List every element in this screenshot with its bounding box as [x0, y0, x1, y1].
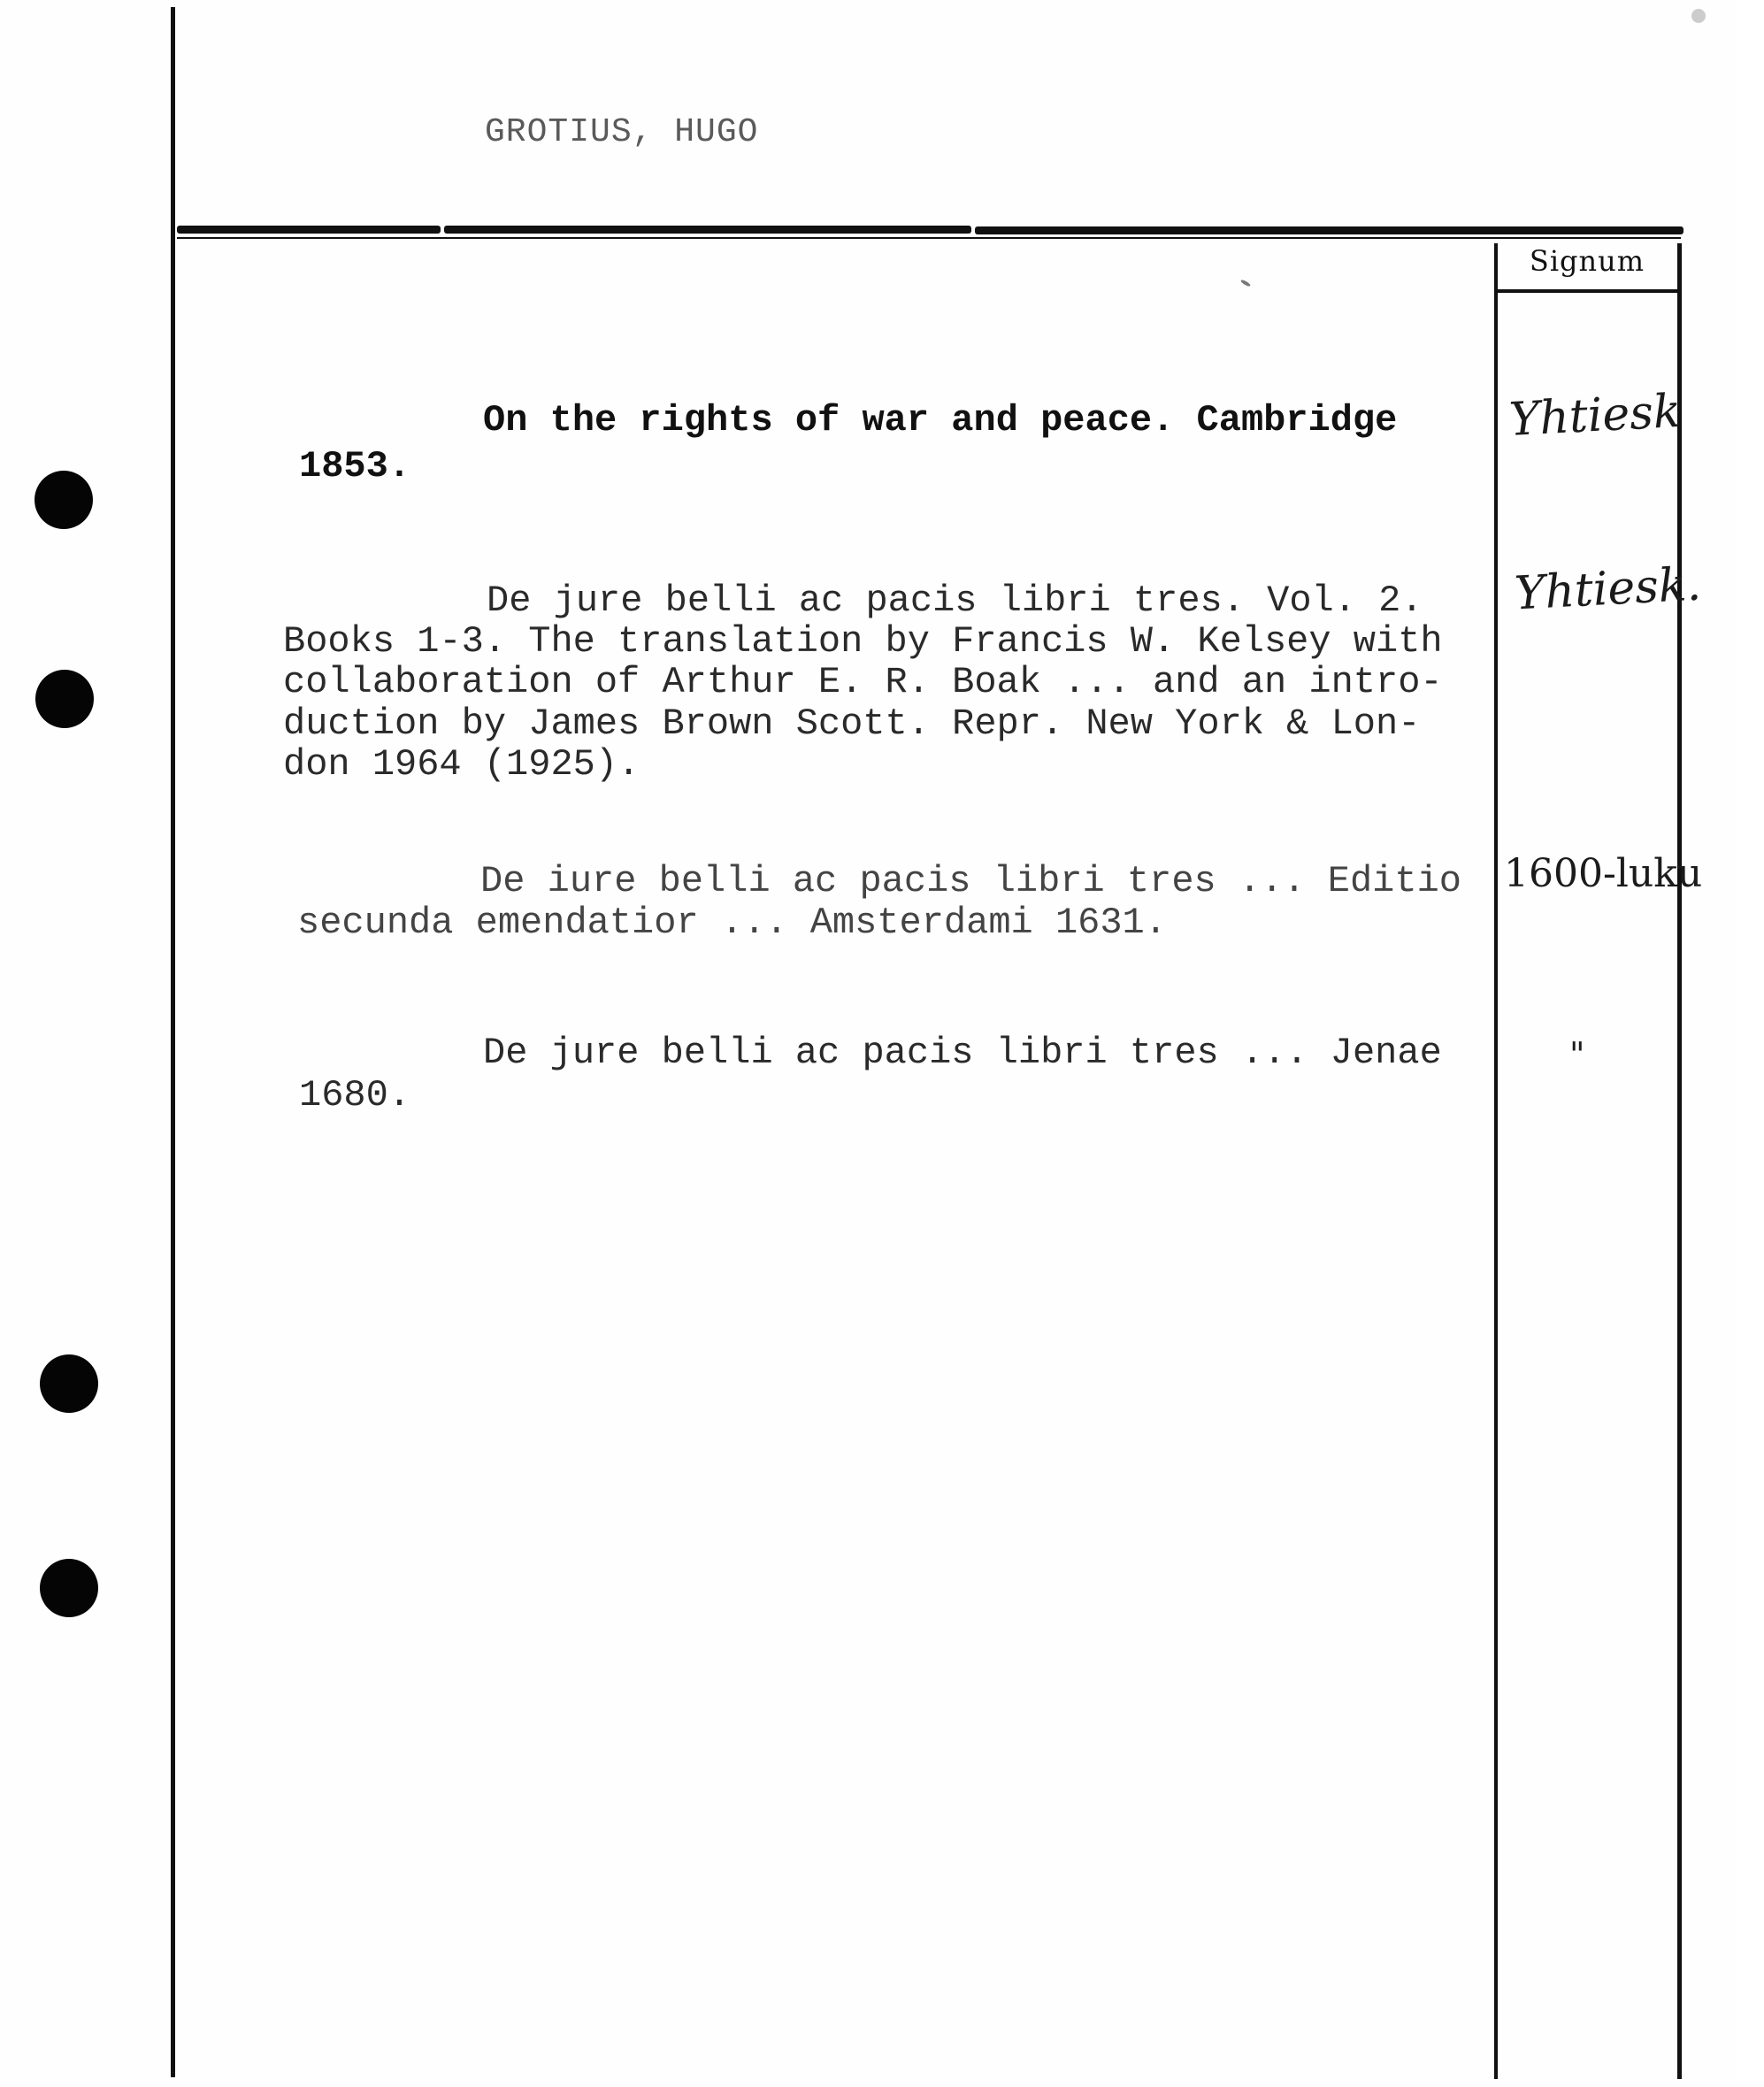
entry-text-line: secunda emendatior ... Amsterdami 1631. — [297, 902, 1167, 943]
left-margin-rule — [171, 7, 175, 2077]
entry-text-line: On the rights of war and peace. Cambridg… — [483, 400, 1397, 441]
entry-text-line: don 1964 (1925). — [283, 744, 640, 785]
signum-handwritten: Yhtiesk. — [1514, 558, 1703, 621]
signum-handwritten: Yhtiesk — [1508, 385, 1683, 447]
entry-text-line: De iure belli ac pacis libri tres ... Ed… — [480, 861, 1461, 902]
entry-text-line: duction by James Brown Scott. Repr. New … — [283, 703, 1420, 744]
entry-text-line: collaboration of Arthur E. R. Boak ... a… — [283, 662, 1443, 702]
punch-hole — [40, 1354, 98, 1413]
signum-column-left-border — [1494, 243, 1498, 2079]
punch-hole — [35, 471, 93, 529]
punch-hole — [35, 670, 94, 728]
entry-text-line: 1680. — [299, 1075, 410, 1116]
entry-text-line: 1853. — [299, 446, 410, 487]
card-heading: GROTIUS, HUGO — [485, 113, 758, 151]
signum-ditto-mark: " — [1569, 1035, 1584, 1074]
catalog-card: GROTIUS, HUGO Signum On the rights of wa… — [0, 0, 1736, 2079]
punch-hole — [40, 1559, 98, 1617]
signum-handwritten: 1600-luku — [1504, 851, 1702, 896]
signum-column-right-border — [1677, 243, 1682, 2079]
header-thick-rule — [177, 226, 441, 234]
entry-text-line: De jure belli ac pacis libri tres. Vol. … — [487, 580, 1423, 621]
header-thick-rule — [975, 226, 1683, 234]
signum-header-underline — [1498, 289, 1677, 293]
entry-text-line: Books 1-3. The translation by Francis W.… — [283, 621, 1443, 662]
entry-text-line: De jure belli ac pacis libri tres ... Je… — [483, 1032, 1442, 1073]
header-thin-rule — [177, 237, 1681, 239]
signum-column-header: Signum — [1499, 244, 1676, 278]
paper-speck — [1691, 9, 1706, 23]
paper-speck — [1240, 279, 1251, 287]
header-thick-rule — [444, 226, 971, 234]
